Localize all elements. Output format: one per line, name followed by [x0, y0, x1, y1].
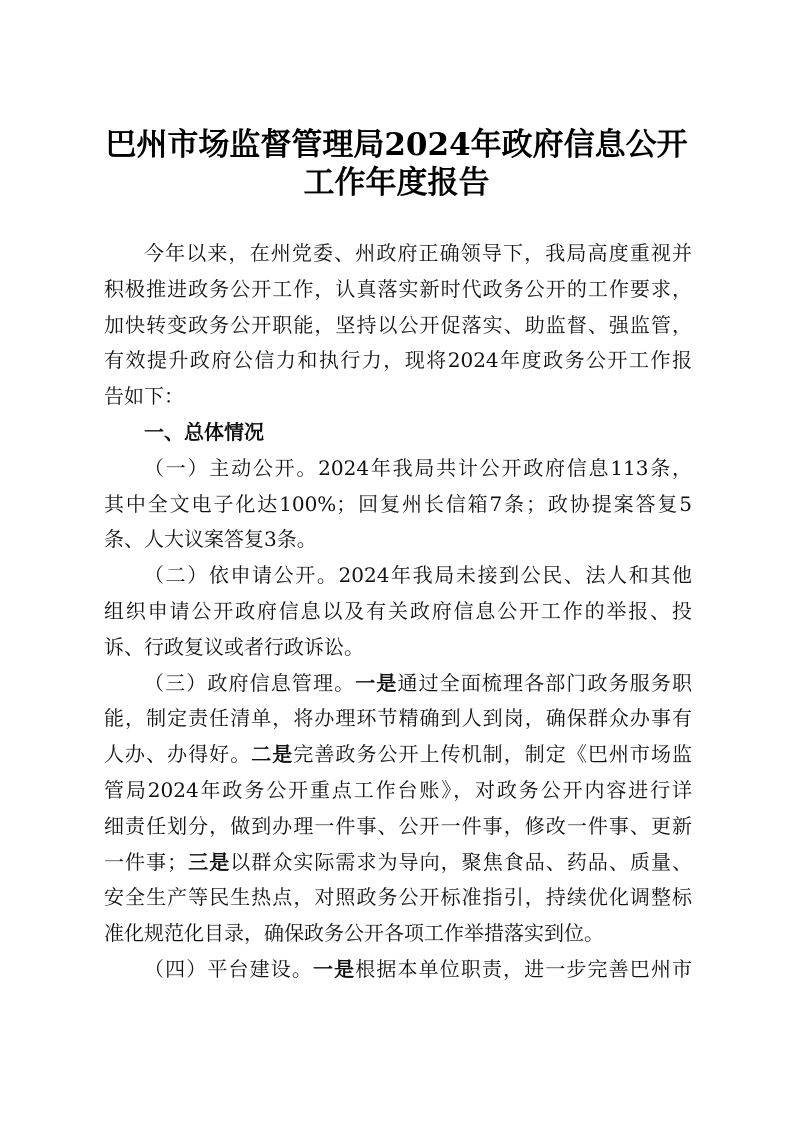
emphasis-text: 一是 [355, 671, 397, 695]
paragraph-text: 2024年我局未接到公民、法人和其他 [339, 563, 692, 587]
paragraph-line: 条、人大议案答复3条。 [104, 522, 692, 558]
paragraph-line: 细责任划分，做到办理一件事、公开一件事，修改一件事、更新 [104, 809, 692, 845]
paragraph-line: （二）依申请公开。2024年我局未接到公民、法人和其他 [104, 558, 692, 594]
paragraph-text: 一件事； [104, 850, 187, 874]
intro-line: 有效提升政府公信力和执行力，现将2024年度政务公开工作报 [104, 343, 692, 379]
paragraph-line: 一件事；三是以群众实际需求为导向，聚焦食品、药品、质量、 [104, 845, 692, 881]
paragraph-line: 准化规范化目录，确保政务公开各项工作举措落实到位。 [104, 916, 692, 952]
document-body: 今年以来，在州党委、州政府正确领导下，我局高度重视并 积极推进政务公开工作，认真… [104, 236, 692, 988]
paragraph-line: （三）政府信息管理。一是通过全面梳理各部门政务服务职 [104, 666, 692, 702]
paragraph-text: 完善政务公开上传机制，制定《巴州市场监 [293, 742, 692, 766]
paragraph-line: 其中全文电子化达100%；回复州长信箱7条；政协提案答复5 [104, 487, 692, 523]
subsection-heading: （一）主动公开。 [144, 456, 318, 480]
paragraph-line: 人办、办得好。二是完善政务公开上传机制，制定《巴州市场监 [104, 737, 692, 773]
title-line-2: 工作年度报告 [0, 164, 793, 202]
paragraph-text: 根据本单位职责，进一步完善巴州市 [355, 957, 692, 981]
paragraph-line: （四）平台建设。一是根据本单位职责，进一步完善巴州市 [104, 952, 692, 988]
emphasis-text: 一是 [313, 957, 355, 981]
intro-line: 告如下： [104, 379, 692, 415]
intro-line: 加快转变政务公开职能，坚持以公开促落实、助监督、强监管， [104, 308, 692, 344]
paragraph-text: 2024年我局共计公开政府信息113条， [318, 456, 692, 480]
paragraph-text: 通过全面梳理各部门政务服务职 [397, 671, 692, 695]
paragraph-line: 管局2024年政务公开重点工作台账》，对政务公开内容进行详 [104, 773, 692, 809]
subsection-heading: （四）平台建设。 [144, 957, 313, 981]
paragraph-line: 组织申请公开政府信息以及有关政府信息公开工作的举报、投 [104, 594, 692, 630]
document-title: 巴州市场监督管理局2024年政府信息公开 工作年度报告 [0, 126, 793, 202]
paragraph-text: 以群众实际需求为导向，聚焦食品、药品、质量、 [230, 850, 692, 874]
paragraph-line: 安全生产等民生热点，对照政务公开标准指引，持续优化调整标 [104, 880, 692, 916]
paragraph-text: 人办、办得好。 [104, 742, 251, 766]
subsection-heading: （三）政府信息管理。 [144, 671, 355, 695]
paragraph-line: （一）主动公开。2024年我局共计公开政府信息113条， [104, 451, 692, 487]
paragraph-line: 诉、行政复议或者行政诉讼。 [104, 630, 692, 666]
section-heading: 一、总体情况 [104, 415, 692, 451]
document-page: 巴州市场监督管理局2024年政府信息公开 工作年度报告 今年以来，在州党委、州政… [0, 0, 793, 1122]
intro-line: 积极推进政务公开工作，认真落实新时代政务公开的工作要求， [104, 272, 692, 308]
emphasis-text: 二是 [251, 742, 293, 766]
paragraph-line: 能，制定责任清单，将办理环节精确到人到岗，确保群众办事有 [104, 701, 692, 737]
title-line-1: 巴州市场监督管理局2024年政府信息公开 [0, 126, 793, 164]
intro-line: 今年以来，在州党委、州政府正确领导下，我局高度重视并 [104, 236, 692, 272]
subsection-heading: （二）依申请公开。 [144, 563, 339, 587]
emphasis-text: 三是 [187, 850, 230, 874]
